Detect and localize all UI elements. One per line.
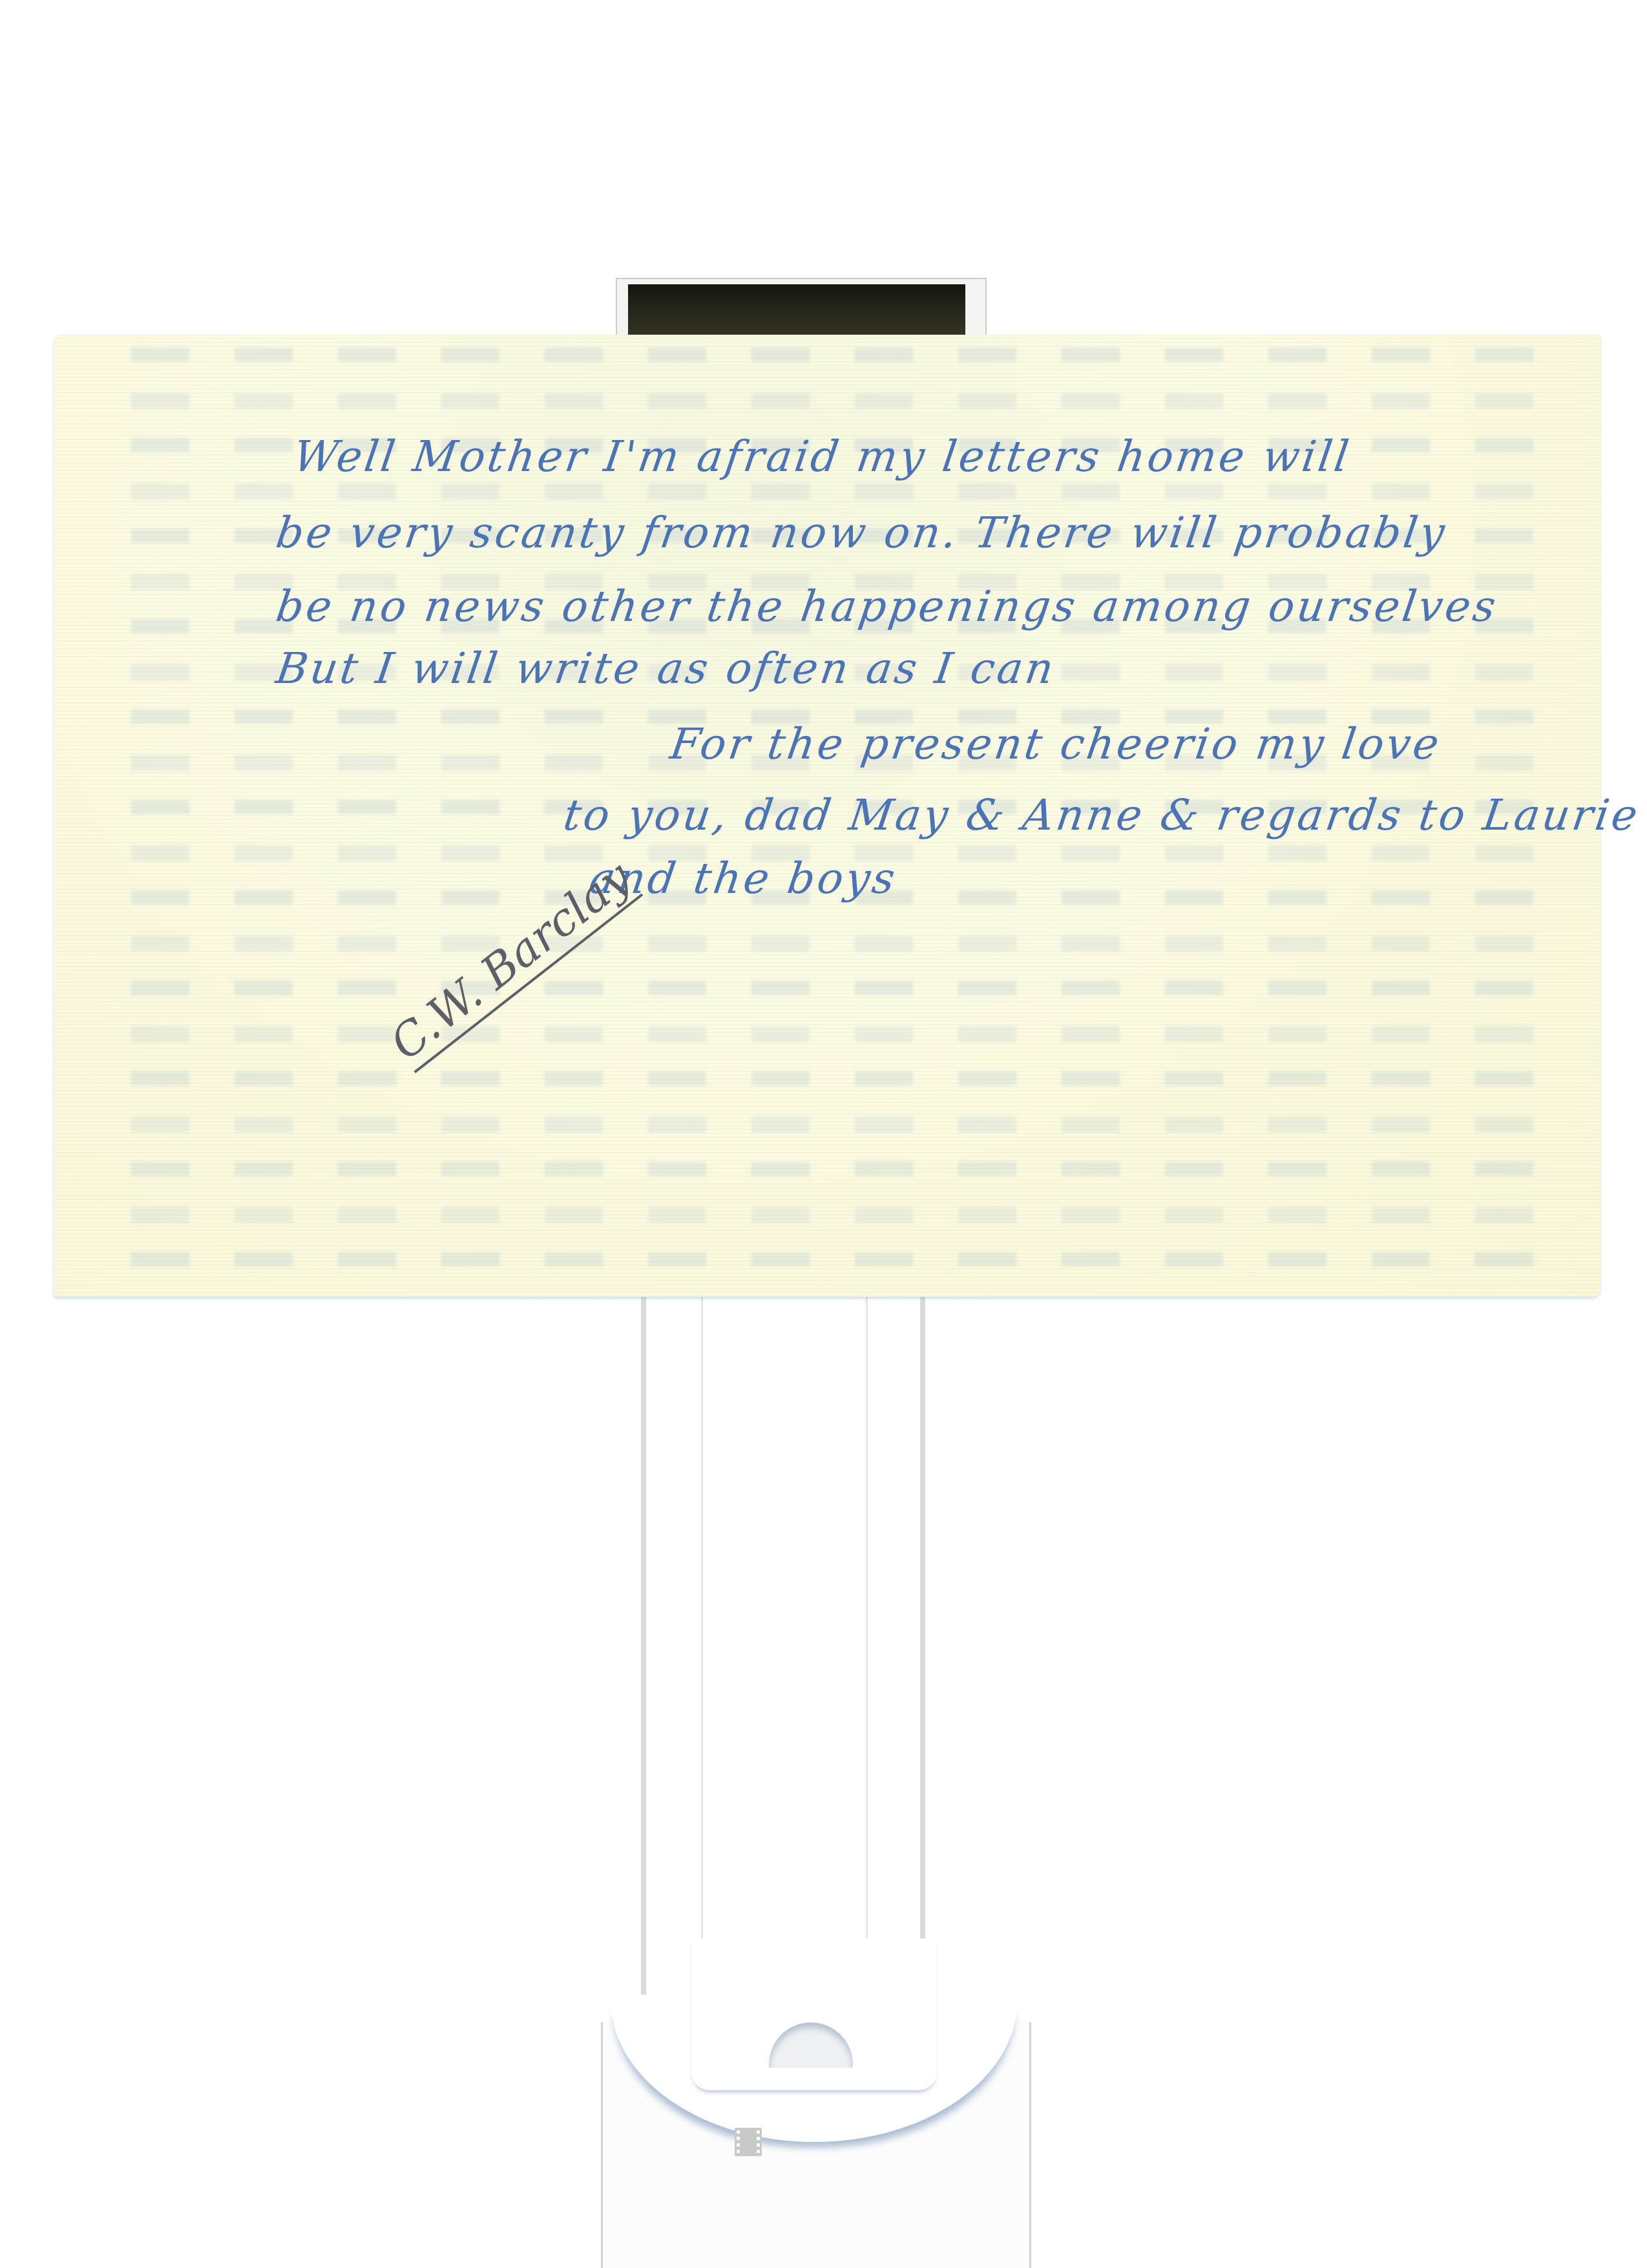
letter-line: Well Mother I'm afraid my letters home w… [291,432,1354,481]
letter-line: For the present cheerio my love [667,719,1445,769]
letter-line: be very scanty from now on. There will p… [273,508,1451,558]
stand-groove-right [866,1297,868,1995]
letter-line: to you, dad May & Anne & regards to Laur… [561,790,1643,840]
stand-groove-left [701,1297,703,1995]
stand-rail-left [641,1297,646,1995]
film-strip-icon [735,2128,762,2156]
stand-rail-right [920,1297,925,1995]
letter-paper: Well Mother I'm afraid my letters home w… [54,335,1600,1297]
letter-body: Well Mother I'm afraid my letters home w… [54,335,1600,1297]
letter-line: But I will write as often as I can [273,644,1059,693]
letter-line: be no news other the happenings among ou… [273,582,1502,631]
scanner-holder-window [628,284,965,342]
